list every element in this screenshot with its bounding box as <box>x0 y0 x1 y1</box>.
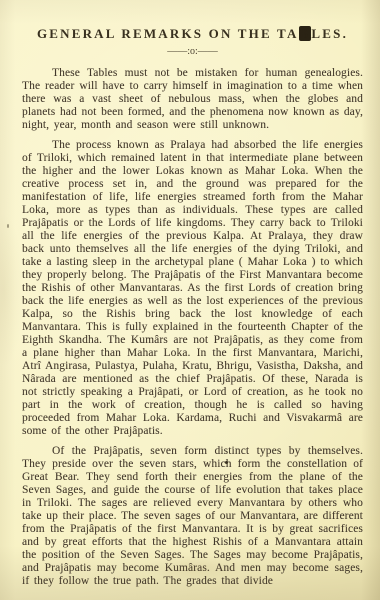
paragraph-3: Of the Prajâpatis, seven form distinct t… <box>22 445 363 588</box>
page-title-text-pre: GENERAL REMARKS ON THE TA <box>37 26 299 41</box>
page-title: GENERAL REMARKS ON THE TABLES. <box>22 26 363 42</box>
paragraph-2: The process known as Pralaya had absorbe… <box>22 139 363 438</box>
ink-blot: B <box>299 26 312 41</box>
book-page: GENERAL REMARKS ON THE TABLES. ——:o:—— T… <box>0 0 380 600</box>
ink-speck <box>7 224 9 228</box>
paragraph-1: These Tables must not be mistaken for hu… <box>22 67 363 132</box>
page-title-text-post: LES. <box>311 26 348 41</box>
section-divider: ——:o:—— <box>22 46 363 57</box>
page-body: These Tables must not be mistaken for hu… <box>22 67 363 588</box>
